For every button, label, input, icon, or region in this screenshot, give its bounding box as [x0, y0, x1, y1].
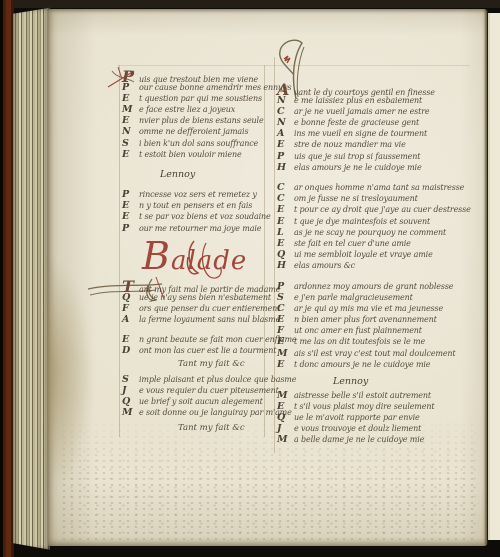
verse-line: Et me las on dit toutesfois se le me: [277, 336, 485, 347]
line-initial: C: [277, 193, 290, 204]
line-text: ont mon las cuer est lie a tourment: [139, 345, 276, 356]
line-text: elas amours &c: [294, 260, 355, 271]
line-text: ardonnez moy amours de grant noblesse: [294, 281, 453, 292]
line-text: t s'il vous plaist moy dire seulement: [294, 401, 434, 412]
verse-line: Maistresse belle s'il estoit autrement: [277, 390, 485, 401]
line-initial: E: [277, 238, 290, 249]
line-initial: E: [277, 139, 290, 150]
line-initial: E: [122, 93, 135, 104]
line-text: e bonne feste de gracieuse gent: [294, 117, 419, 128]
verse-line: Com je fusse ne si tresloyaument: [277, 193, 485, 204]
line-text: nvier plus de biens estans seule: [139, 115, 264, 126]
line-initial: M: [122, 104, 135, 115]
line-initial: Q: [122, 396, 135, 407]
line-initial: P: [122, 189, 135, 200]
line-initial: D: [122, 345, 135, 356]
line-text: n bien amer plus fort avenannement: [294, 314, 437, 325]
line-initial: Q: [277, 249, 290, 260]
verse-line: Car onques homme n'ama tant sa maistress…: [277, 182, 485, 193]
line-text: ais s'il est vray c'est tout mal doulcem…: [294, 348, 456, 359]
line-initial: L: [277, 227, 290, 238]
manuscript-photo: Puis que trestout bien me vienePour caus…: [0, 0, 500, 557]
verse-line: Et donc amours je ne le cuidoye mie: [277, 359, 485, 370]
line-initial: P: [122, 223, 135, 234]
line-initial: E: [122, 149, 135, 160]
line-text: omme ne defferoient jamais: [139, 126, 248, 137]
stanza: Avant le dy courtoys gentil en finesseNe…: [277, 84, 485, 173]
line-text: t estoit bien vouloir miene: [139, 149, 242, 160]
stanza: Car onques homme n'ama tant sa maistress…: [277, 182, 485, 271]
line-initial: F: [277, 325, 290, 336]
line-text: la ferme loyaument sans nul blasme: [139, 314, 280, 325]
line-text: ar je ne vueil jamais amer ne estre: [294, 106, 429, 117]
verse-line: Avant le dy courtoys gentil en finesse: [277, 84, 485, 95]
line-initial: M: [277, 390, 290, 401]
verse-line: Estre de nouz mandier ma vie: [277, 139, 485, 150]
verse-line: Las je ne scay ne pourquoy ne comment: [277, 227, 485, 238]
line-initial: P: [277, 281, 290, 292]
line-text: i bien k'un dol sans souffrance: [139, 138, 258, 149]
line-initial: E: [122, 115, 135, 126]
verse-line: Et s'il vous plaist moy dire seulement: [277, 401, 485, 412]
line-text: ut onc amer en fust plainnement: [294, 325, 422, 336]
line-text: n grant beaute se fait mon cuer enflame: [139, 334, 297, 345]
vellum-follicle-speckles: [60, 416, 479, 541]
line-initial: T: [122, 281, 135, 292]
line-initial: A: [122, 314, 135, 325]
line-initial: N: [277, 117, 290, 128]
verse-line: Mais s'il est vray c'est tout mal doulce…: [277, 348, 485, 359]
verse-line: Car je qui ay mis ma vie et ma jeunesse: [277, 303, 485, 314]
line-initial: S: [277, 292, 290, 303]
line-text: e j'en parle malgracieusement: [294, 292, 413, 303]
stacked-page-edges: [13, 5, 50, 553]
verse-line: Et que je dye maintesfois et souvent: [277, 216, 485, 227]
line-text: ui me sembloit loyale et vraye amie: [294, 249, 433, 260]
line-text: om je fusse ne si tresloyaument: [294, 193, 418, 204]
line-text: e face estre liez a joyeux: [139, 104, 235, 115]
line-text: as je ne scay ne pourquoy ne comment: [294, 227, 446, 238]
line-text: e vous requier du cuer piteusement: [139, 385, 279, 396]
verse-line: Et pour ce ay droit que j'aye au cuer de…: [277, 204, 485, 215]
line-text: uis que je sui trop si faussement: [294, 151, 420, 162]
verse-line: Fut onc amer en fust plainnement: [277, 325, 485, 336]
line-initial: N: [122, 126, 135, 137]
verse-line: Pardonnez moy amours de grant noblesse: [277, 281, 485, 292]
verse-line: Este fait en tel cuer d'une amie: [277, 238, 485, 249]
line-initial: S: [122, 374, 135, 385]
stanza: Pardonnez moy amours de grant noblesseSe…: [277, 281, 485, 370]
verse-line: Ne me laissiez plus en esbaiement: [277, 95, 485, 106]
line-initial: E: [277, 401, 290, 412]
verse-line: Se j'en parle malgracieusement: [277, 292, 485, 303]
line-initial: Q: [122, 292, 135, 303]
book-binding-leather: [0, 0, 14, 557]
verse-line: Qui me sembloit loyale et vraye amie: [277, 249, 485, 260]
line-initial: N: [277, 95, 290, 106]
line-text: elas amours je ne le cuidoye mie: [294, 162, 422, 173]
line-initial: J: [122, 385, 135, 396]
line-text: t me las on dit toutesfois se le me: [294, 336, 425, 347]
line-text: ar onques homme n'ama tant sa maistresse: [294, 182, 464, 193]
line-initial: E: [277, 204, 290, 215]
text-column-right: Avant le dy courtoys gentil en finesseNe…: [277, 84, 485, 445]
line-initial: A: [277, 128, 290, 139]
verse-line: Puis que je sui trop si faussement: [277, 151, 485, 162]
line-text: n y tout en pensers et en fais: [139, 200, 252, 211]
line-initial: E: [277, 359, 290, 370]
line-text: ste fait en tel cuer d'une amie: [294, 238, 411, 249]
line-text: ue je n'ay sens bien n'esbatement: [139, 292, 271, 303]
line-initial: E: [122, 334, 135, 345]
line-initial: E: [277, 336, 290, 347]
line-initial: H: [277, 260, 290, 271]
line-text: rincesse voz sers et remetez y: [139, 189, 257, 200]
line-initial: P: [277, 151, 290, 162]
line-text: e me laissiez plus en esbaiement: [294, 95, 422, 106]
line-initial: P: [122, 71, 135, 82]
line-initial: C: [277, 106, 290, 117]
line-initial: E: [122, 200, 135, 211]
line-text: t que je dye maintesfois et souvent: [294, 216, 430, 227]
verse-line: Car je ne vueil jamais amer ne estre: [277, 106, 485, 117]
line-initial: E: [122, 211, 135, 222]
line-initial: E: [277, 216, 290, 227]
line-text: t donc amours je ne le cuidoye mie: [294, 359, 430, 370]
line-initial: P: [122, 82, 135, 93]
line-text: ors que penser du cuer entierement: [139, 303, 280, 314]
verse-line: Helas amours &c: [277, 260, 485, 271]
line-initial: S: [122, 138, 135, 149]
line-text: stre de nouz mandier ma vie: [294, 139, 406, 150]
line-text: t se par voz biens et voz soudaine: [139, 211, 271, 222]
line-text: ue brief y soit aucun alegement: [139, 396, 263, 407]
vellum-leaf: Puis que trestout bien me vienePour caus…: [48, 9, 487, 546]
line-initial: E: [277, 314, 290, 325]
ruling-line-horizontal: [118, 65, 470, 66]
line-text: our me retourner ma joye maie: [139, 223, 261, 234]
line-text: ins me vueil en signe de tourment: [294, 128, 427, 139]
verse-line: Helas amours je ne le cuidoye mie: [277, 162, 485, 173]
verse-line: Ains me vueil en signe de tourment: [277, 128, 485, 139]
line-text: t pour ce ay droit que j'aye au cuer des…: [294, 204, 471, 215]
facing-page-sliver: [488, 13, 500, 540]
envoy-heading: Lennoy: [333, 376, 485, 387]
line-initial: M: [277, 348, 290, 359]
line-initial: A: [277, 84, 290, 95]
line-initial: C: [277, 303, 290, 314]
line-text: ar je qui ay mis ma vie et ma jeunesse: [294, 303, 443, 314]
line-text: aistresse belle s'il estoit autrement: [294, 390, 431, 401]
line-initial: C: [277, 182, 290, 193]
line-text: t question par qui me soustiens: [139, 93, 262, 104]
line-text: our cause bonne amendrir mes ennuys: [139, 82, 291, 93]
line-text: imple plaisant et plus doulce que basme: [139, 374, 296, 385]
verse-line: En bien amer plus fort avenannement: [277, 314, 485, 325]
ruling-line-vertical: [119, 65, 120, 437]
line-initial: F: [122, 303, 135, 314]
verse-line: Ne bonne feste de gracieuse gent: [277, 117, 485, 128]
line-initial: H: [277, 162, 290, 173]
